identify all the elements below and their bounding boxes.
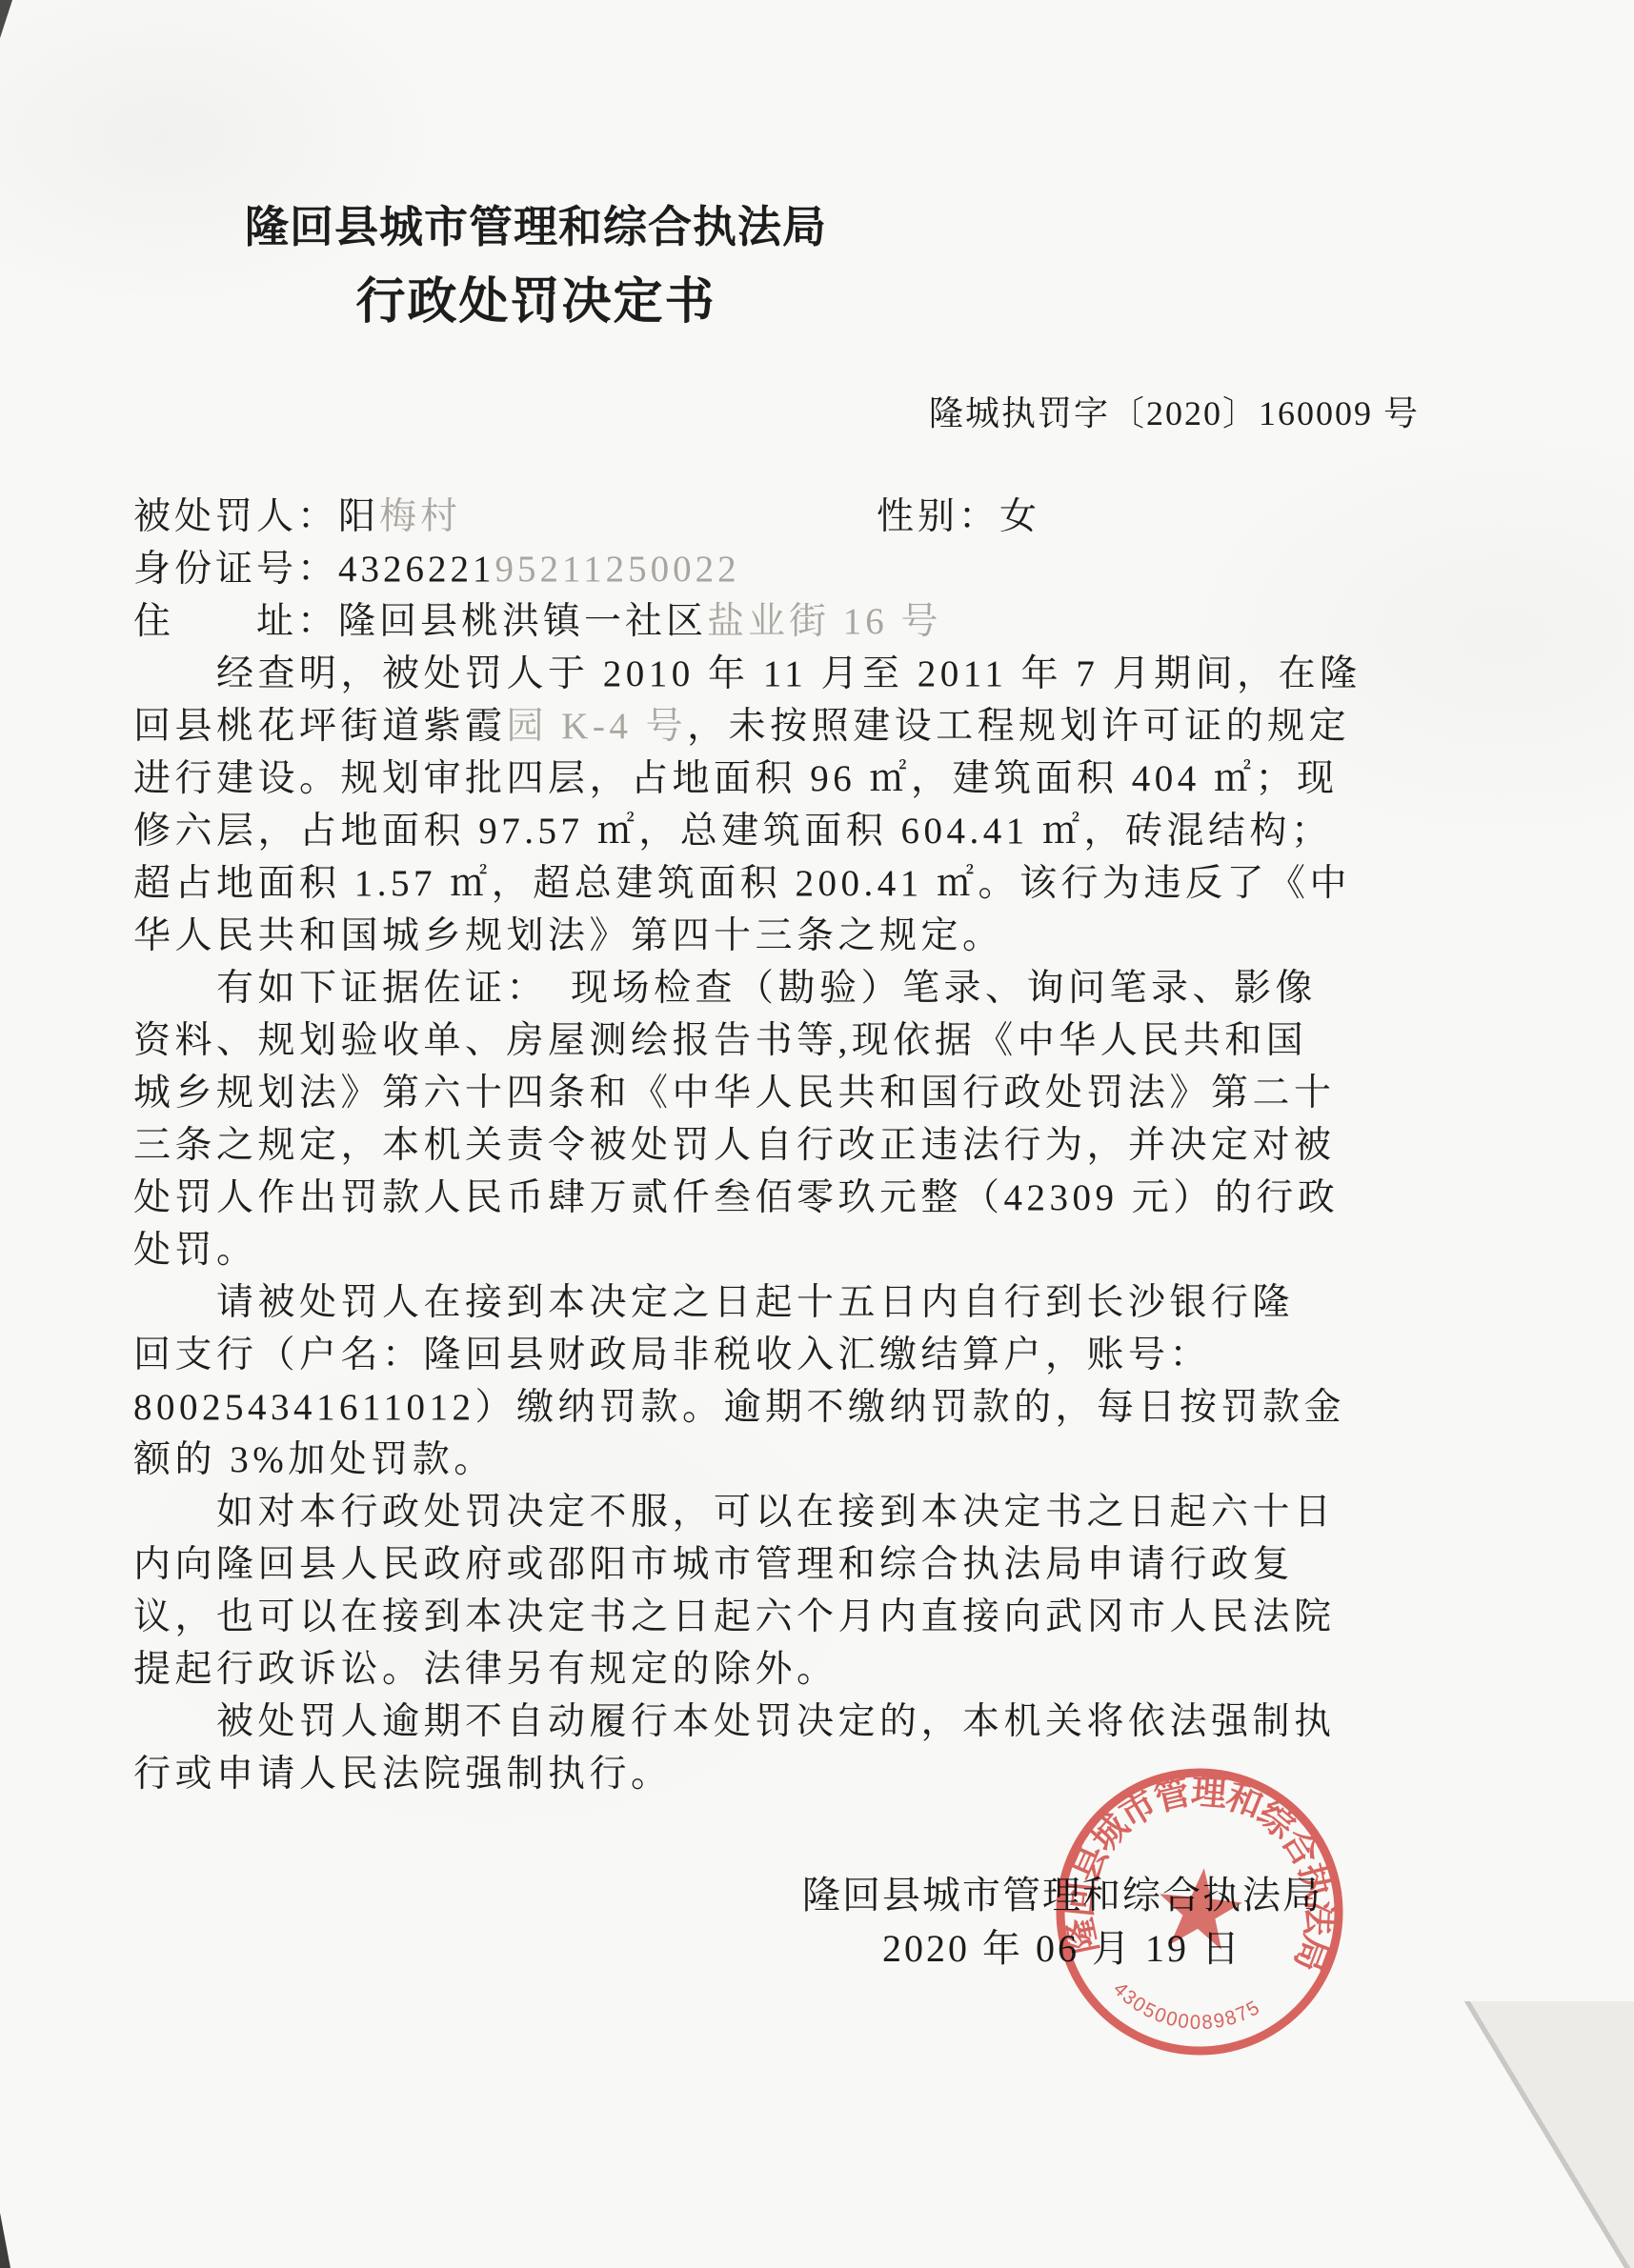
body-line: 议，也可以在接到本决定书之日起六个月内直接向武冈市人民法院	[133, 1591, 1467, 1643]
body-line: 被处罚人逾期不自动履行本处罚决定的，本机关将依法强制执	[133, 1696, 1467, 1748]
document-title: 行政处罚决定书	[133, 261, 938, 332]
recipient-line: 被处罚人：阳梅村 性别：女	[133, 491, 1439, 543]
document-body: 经查明，被处罚人于 2010 年 11 月至 2011 年 7 月期间，在隆回县…	[133, 648, 1467, 1800]
document-number: 隆城执罚字〔2020〕160009 号	[133, 387, 1420, 435]
body-line: 资料、规划验收单、房屋测绘报告书等,现依据《中华人民共和国	[133, 1014, 1467, 1067]
recipient-name: 阳	[338, 496, 379, 537]
body-line: 回县桃花坪街道紫霞园 K-4 号，未按照建设工程规划许可证的规定	[133, 700, 1467, 753]
body-line: 回支行（户名：隆回县财政局非税收入汇缴结算户，账号：	[133, 1329, 1467, 1381]
body-line: 如对本行政处罚决定不服，可以在接到本决定书之日起六十日	[133, 1486, 1467, 1538]
scanned-document-page: 隆回县城市管理和综合执法局 行政处罚决定书 隆城执罚字〔2020〕160009 …	[0, 0, 1634, 2268]
id-number-line: 身份证号：432622195211250022	[133, 543, 1439, 595]
body-line: 额的 3%加处罚款。	[133, 1434, 1467, 1486]
body-line: 超占地面积 1.57 ㎡，超总建筑面积 200.41 ㎡。该行为违反了《中	[133, 857, 1467, 910]
id-value-faded: 95211250022	[495, 549, 740, 590]
body-line: 华人民共和国城乡规划法》第四十三条之规定。	[133, 910, 1467, 962]
body-line: 修六层，占地面积 97.57 ㎡，总建筑面积 604.41 ㎡，砖混结构；	[133, 805, 1467, 857]
body-line: 有如下证据佐证： 现场检查（勘验）笔录、询问笔录、影像	[133, 962, 1467, 1014]
body-line: 经查明，被处罚人于 2010 年 11 月至 2011 年 7 月期间，在隆	[133, 648, 1467, 700]
id-value-clear: 4326221	[338, 549, 495, 590]
body-line: 进行建设。规划审批四层，占地面积 96 ㎡，建筑面积 404 ㎡；现	[133, 753, 1467, 805]
agency-title: 隆回县城市管理和综合执法局	[133, 192, 938, 255]
body-line: 请被处罚人在接到本决定之日起十五日内自行到长沙银行隆	[133, 1276, 1467, 1329]
recipient-info-block: 被处罚人：阳梅村 性别：女 身份证号：432622195211250022 住 …	[133, 491, 1439, 648]
gender-label: 性别：	[877, 496, 999, 537]
seal-star-icon	[1155, 1864, 1246, 1952]
scan-artifact-bottom-left	[0, 2213, 10, 2268]
page-curl-shadow	[1463, 2001, 1634, 2268]
scan-artifact-top-left	[0, 0, 12, 38]
address-label: 住 址：	[133, 601, 338, 642]
body-line: 处罚人作出罚款人民币肆万贰仟叁佰零玖元整（42309 元）的行政	[133, 1172, 1467, 1224]
official-seal: 隆回县城市管理和综合执法局 4305000089875	[1031, 1743, 1368, 2080]
body-line: 处罚。	[133, 1224, 1467, 1276]
gender-value: 女	[999, 496, 1040, 537]
recipient-label: 被处罚人：	[133, 496, 338, 537]
body-line: 提起行政诉讼。法律另有规定的除外。	[133, 1643, 1467, 1696]
body-line: 三条之规定，本机关责令被处罚人自行改正违法行为，并决定对被	[133, 1119, 1467, 1172]
address-line: 住 址：隆回县桃洪镇一社区盐业街 16 号	[133, 595, 1439, 648]
gender-group: 性别：女	[877, 491, 1040, 543]
body-line: 内向隆回县人民政府或邵阳市城市管理和综合执法局申请行政复	[133, 1538, 1467, 1591]
address-clear: 隆回县桃洪镇一社区	[338, 601, 707, 642]
address-faded: 盐业街 16 号	[707, 601, 942, 642]
body-line: 800254341611012）缴纳罚款。逾期不缴纳罚款的，每日按罚款金	[133, 1381, 1467, 1434]
body-line: 城乡规划法》第六十四条和《中华人民共和国行政处罚法》第二十	[133, 1067, 1467, 1119]
recipient-name-faded: 梅村	[379, 496, 461, 537]
id-label: 身份证号：	[133, 549, 338, 590]
